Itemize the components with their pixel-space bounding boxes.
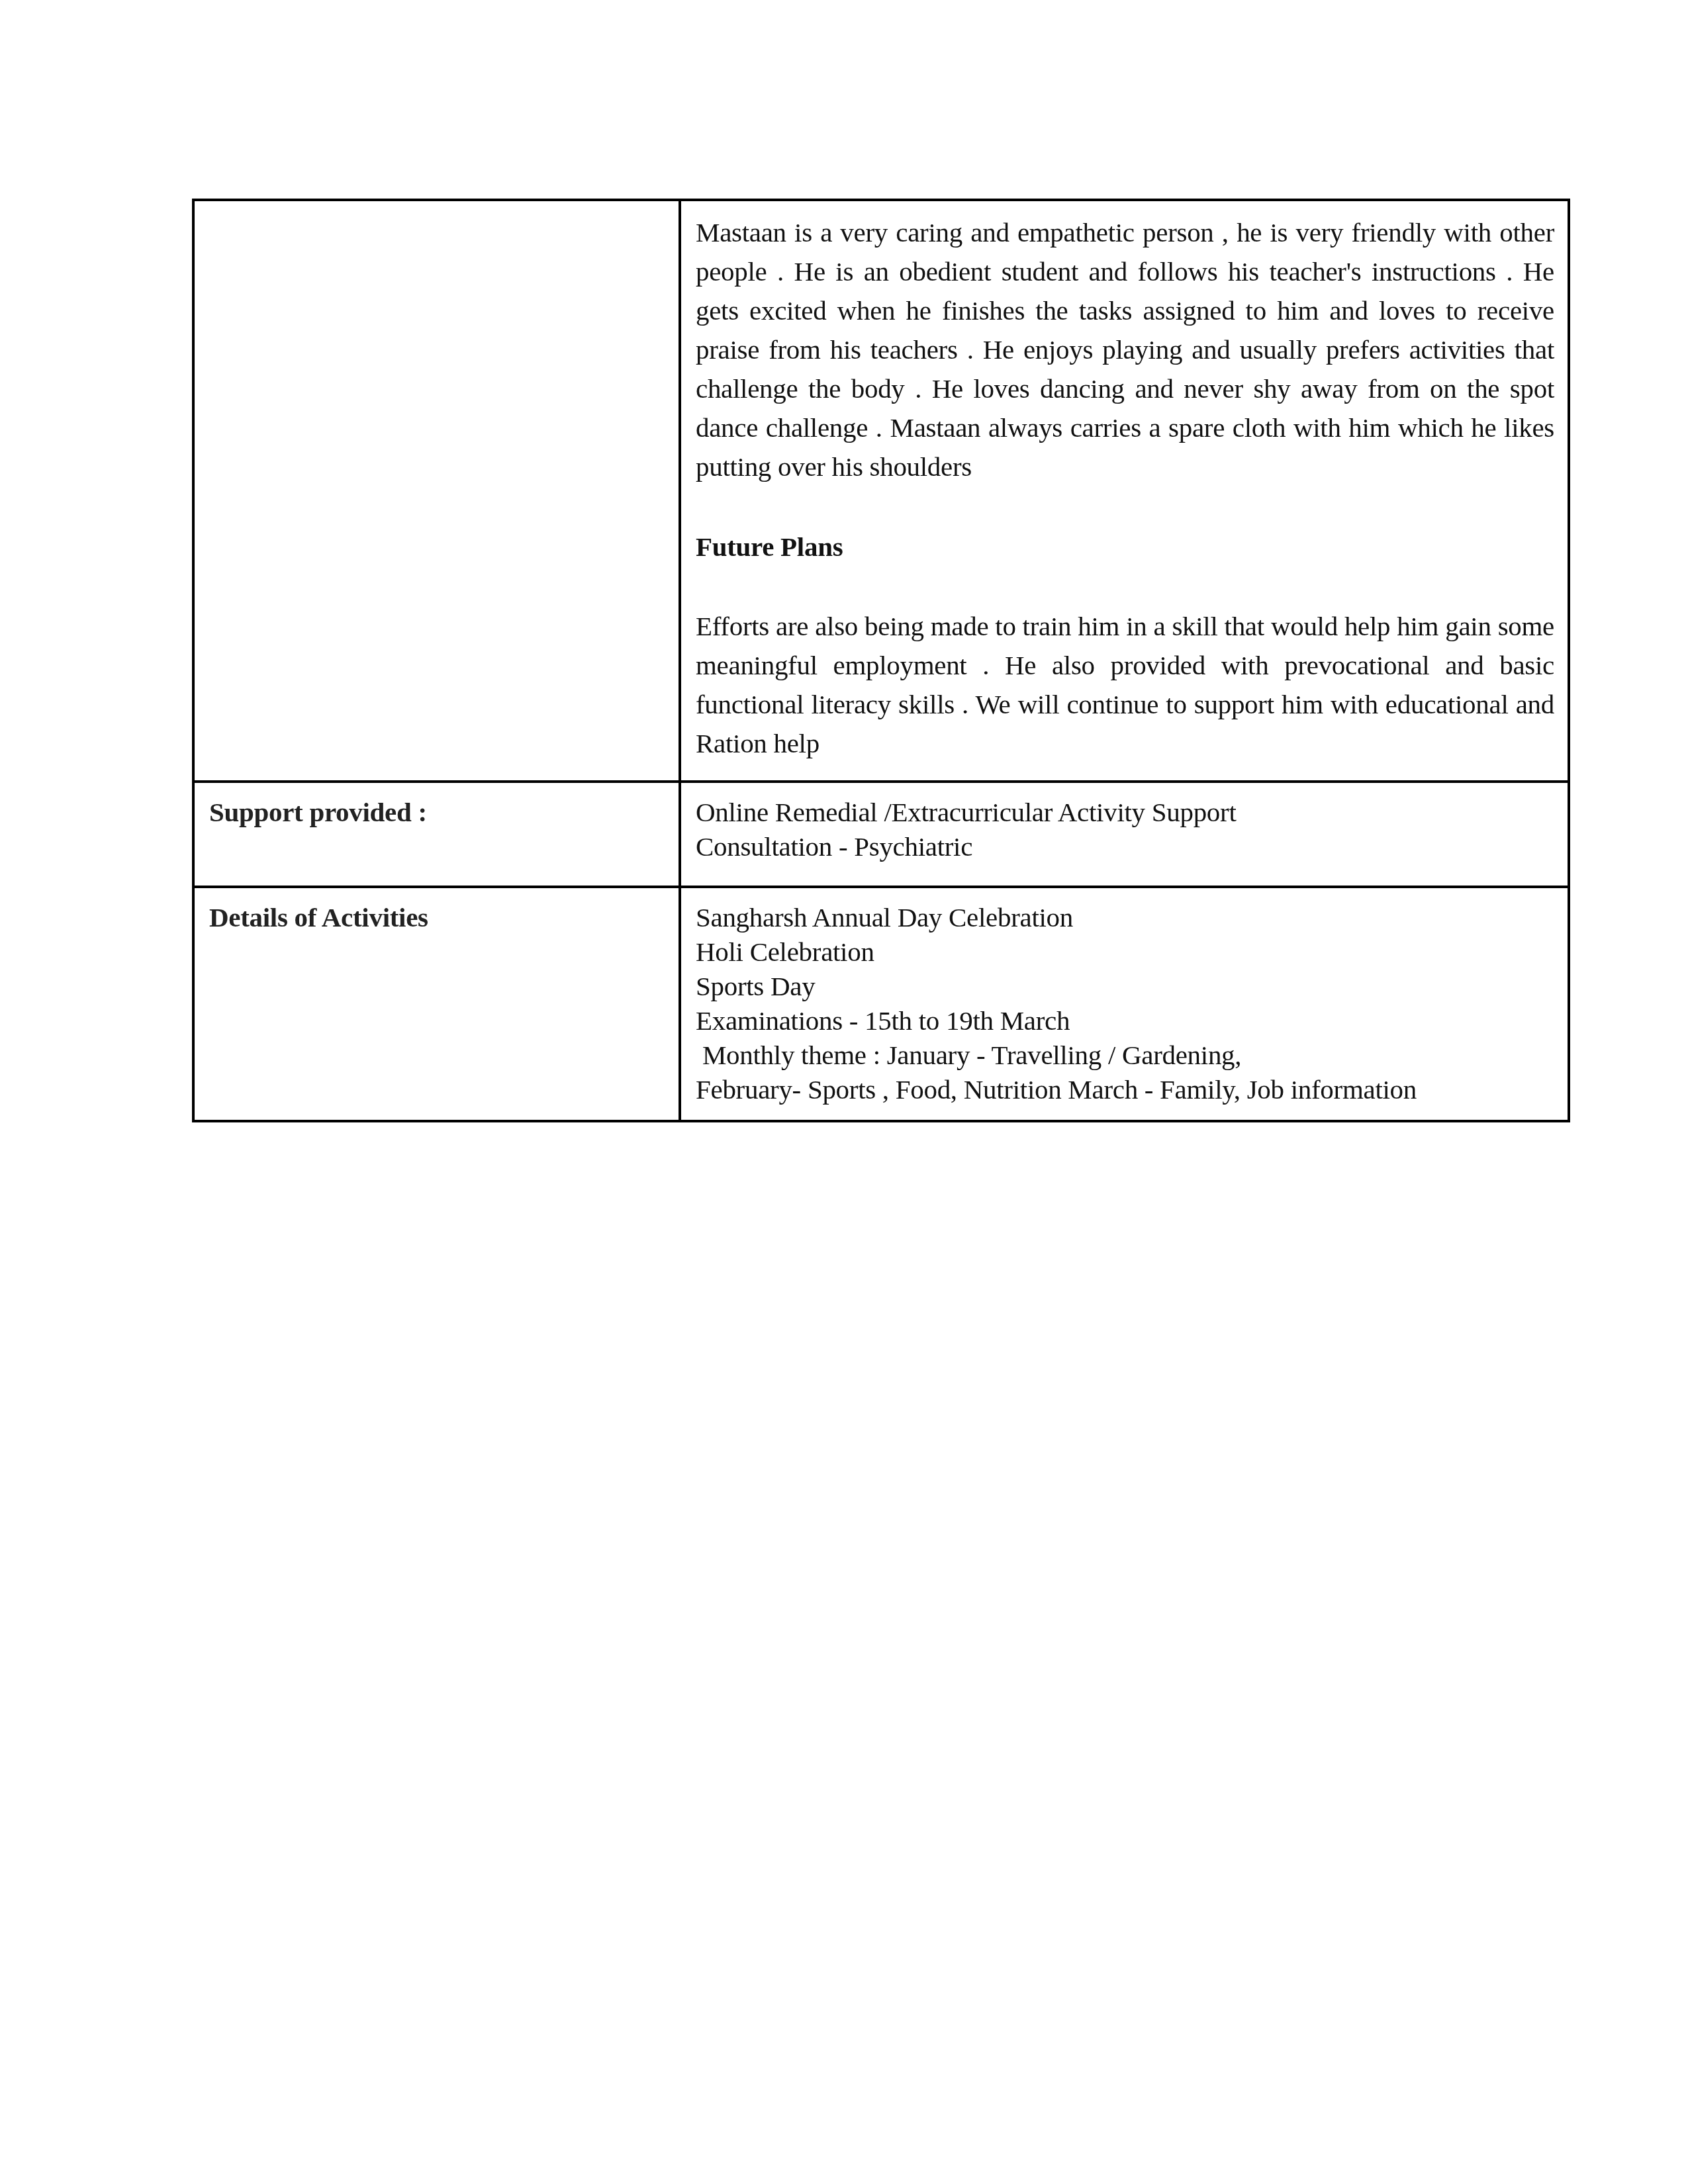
profile-content-cell: Mastaan is a very caring and empathetic …: [680, 200, 1569, 782]
support-item: Online Remedial /Extracurricular Activit…: [696, 795, 1554, 829]
student-report-table: Mastaan is a very caring and empathetic …: [192, 199, 1570, 1122]
future-plans-heading: Future Plans: [696, 527, 1554, 567]
activity-item: Sports Day: [696, 969, 1554, 1003]
activity-item: Monthly theme : January - Travelling / G…: [696, 1038, 1554, 1072]
support-item: Consultation - Psychiatric: [696, 829, 1554, 864]
activity-item: Sangharsh Annual Day Celebration: [696, 900, 1554, 934]
activities-label-cell: Details of Activities: [193, 887, 680, 1121]
activities-content-cell: Sangharsh Annual Day Celebration Holi Ce…: [680, 887, 1569, 1121]
activity-item: February- Sports , Food, Nutrition March…: [696, 1072, 1554, 1107]
activity-item: Examinations - 15th to 19th March: [696, 1003, 1554, 1038]
profile-label-cell: [193, 200, 680, 782]
support-provided-label: Support provided :: [209, 795, 664, 829]
support-content-cell: Online Remedial /Extracurricular Activit…: [680, 782, 1569, 887]
table-row-activities: Details of Activities Sangharsh Annual D…: [193, 887, 1569, 1121]
student-description: Mastaan is a very caring and empathetic …: [696, 213, 1554, 486]
details-of-activities-label: Details of Activities: [209, 900, 664, 934]
future-plans-text: Efforts are also being made to train him…: [696, 607, 1554, 763]
table-row-support: Support provided : Online Remedial /Extr…: [193, 782, 1569, 887]
table-row-profile: Mastaan is a very caring and empathetic …: [193, 200, 1569, 782]
support-label-cell: Support provided :: [193, 782, 680, 887]
activity-item: Holi Celebration: [696, 934, 1554, 969]
